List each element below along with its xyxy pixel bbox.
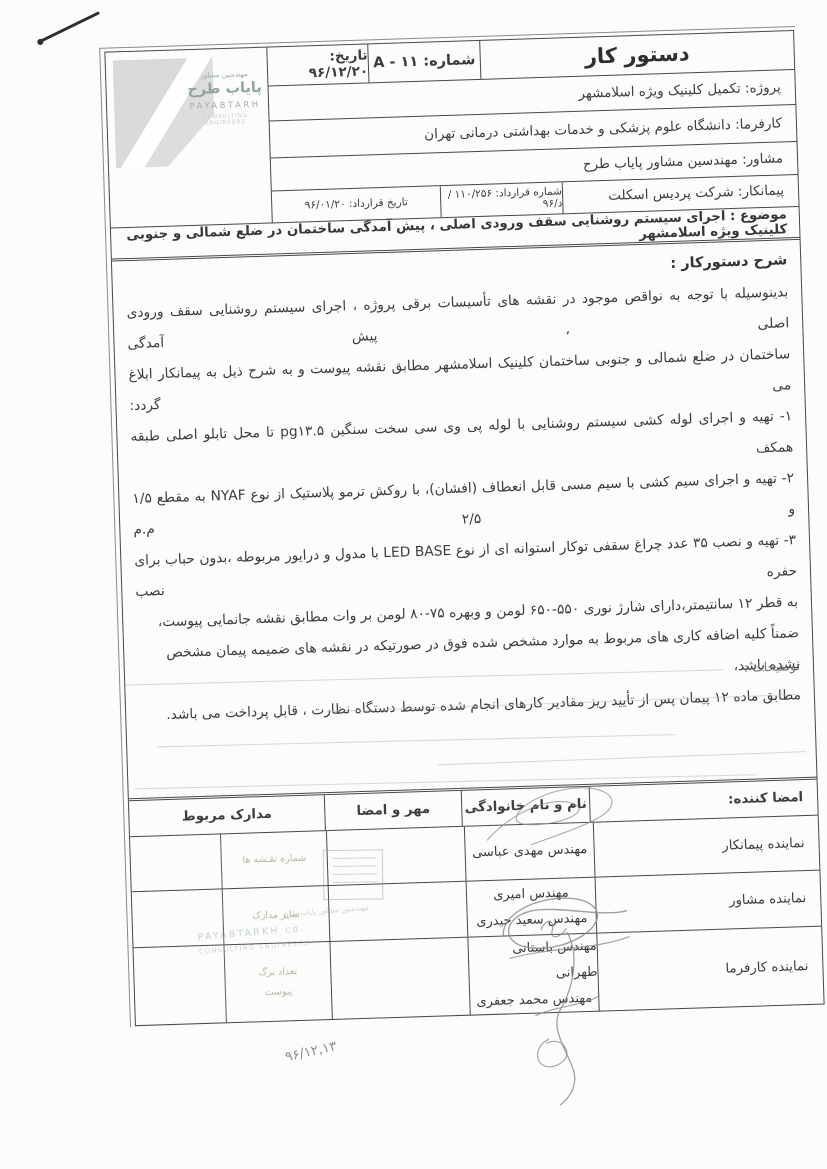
docs-note: سایر مدارک — [252, 905, 300, 926]
docs-empty-subcell — [134, 945, 227, 1026]
handwritten-date: ۹۶/۱۲,۱۳ — [284, 1038, 339, 1065]
docs-note: شماره نقـشه ها — [242, 849, 306, 871]
rep-name: مهندس امیری — [493, 880, 569, 908]
notes-label: توضیحات : — [744, 658, 801, 675]
logo-fa-small: مهندسین مشاور — [185, 70, 263, 80]
logo-en-sub: CONSULTING ENGINEERS — [186, 113, 264, 127]
docs-empty-subcell — [132, 890, 225, 947]
header-docs: مدارک مربوط — [129, 795, 326, 836]
signer-label: نماینده پیمانکار — [594, 815, 820, 877]
rep-name: مهندس سعید حیدری — [476, 906, 588, 935]
signer-label: نماینده کارفرما — [597, 927, 823, 1012]
rep-name: مهندس محمد جعفری — [476, 986, 593, 1016]
docs-note: پیوست — [264, 982, 292, 1003]
seal-cell — [327, 827, 467, 886]
docs-empty-subcell — [130, 834, 223, 891]
signature-table: مدارک مربوط مهر و امضا نام و نام خانوادگ… — [129, 777, 824, 1026]
header-seal: مهر و امضا — [325, 791, 463, 830]
signer-label: نماینده مشاور — [596, 871, 822, 933]
work-order-form: مهندسین مشاور پایاب طرح PAYABTARH CONSUL… — [104, 30, 824, 1026]
logo-en: PAYABTARH — [186, 100, 264, 112]
header-name: نام و نام خانوادگی — [462, 787, 591, 826]
docs-note: تعداد برگ — [258, 962, 297, 983]
ruled-line — [157, 734, 675, 747]
ruled-line — [438, 751, 806, 765]
rep-name: مهندس باستانی طهرانی — [468, 934, 598, 990]
contract-date: تاریخ قرارداد: ۹۶/۰۱/۲۰ — [272, 186, 442, 223]
seal-cell — [329, 882, 469, 941]
payabtarh-logo-text: مهندسین مشاور پایاب طرح PAYABTARH CONSUL… — [185, 70, 265, 127]
work-order-body: شرح دستورکار : بدینوسیله با توجه به نواق… — [112, 240, 817, 798]
header-fields: تاریخ: ۹۶/۱۲/۲۰ شماره: ۱۱ - A دستور کار … — [267, 31, 798, 222]
header-signer: امضا کننده: — [590, 780, 818, 822]
scanned-work-order-page: { "accent_colors": {"ink": "#3d3d3d", "b… — [0, 0, 827, 1169]
rep-name: مهندس مهدی عباسی — [472, 837, 588, 867]
consultant-logo-cell: مهندسین مشاور پایاب طرح PAYABTARH CONSUL… — [105, 48, 272, 228]
scanner-pen-mark — [39, 11, 99, 42]
contract-number: شماره قرارداد: ۱۱۰/۲۵۶ /د/۹۶ — [441, 182, 564, 217]
seal-cell — [330, 938, 470, 1020]
document-number: شماره: ۱۱ - A — [368, 41, 481, 82]
form-header: مهندسین مشاور پایاب طرح PAYABTARH CONSUL… — [105, 31, 798, 229]
logo-fa: پایاب طرح — [185, 80, 263, 98]
document-date: تاریخ: ۹۶/۱۲/۲۰ — [267, 44, 369, 85]
